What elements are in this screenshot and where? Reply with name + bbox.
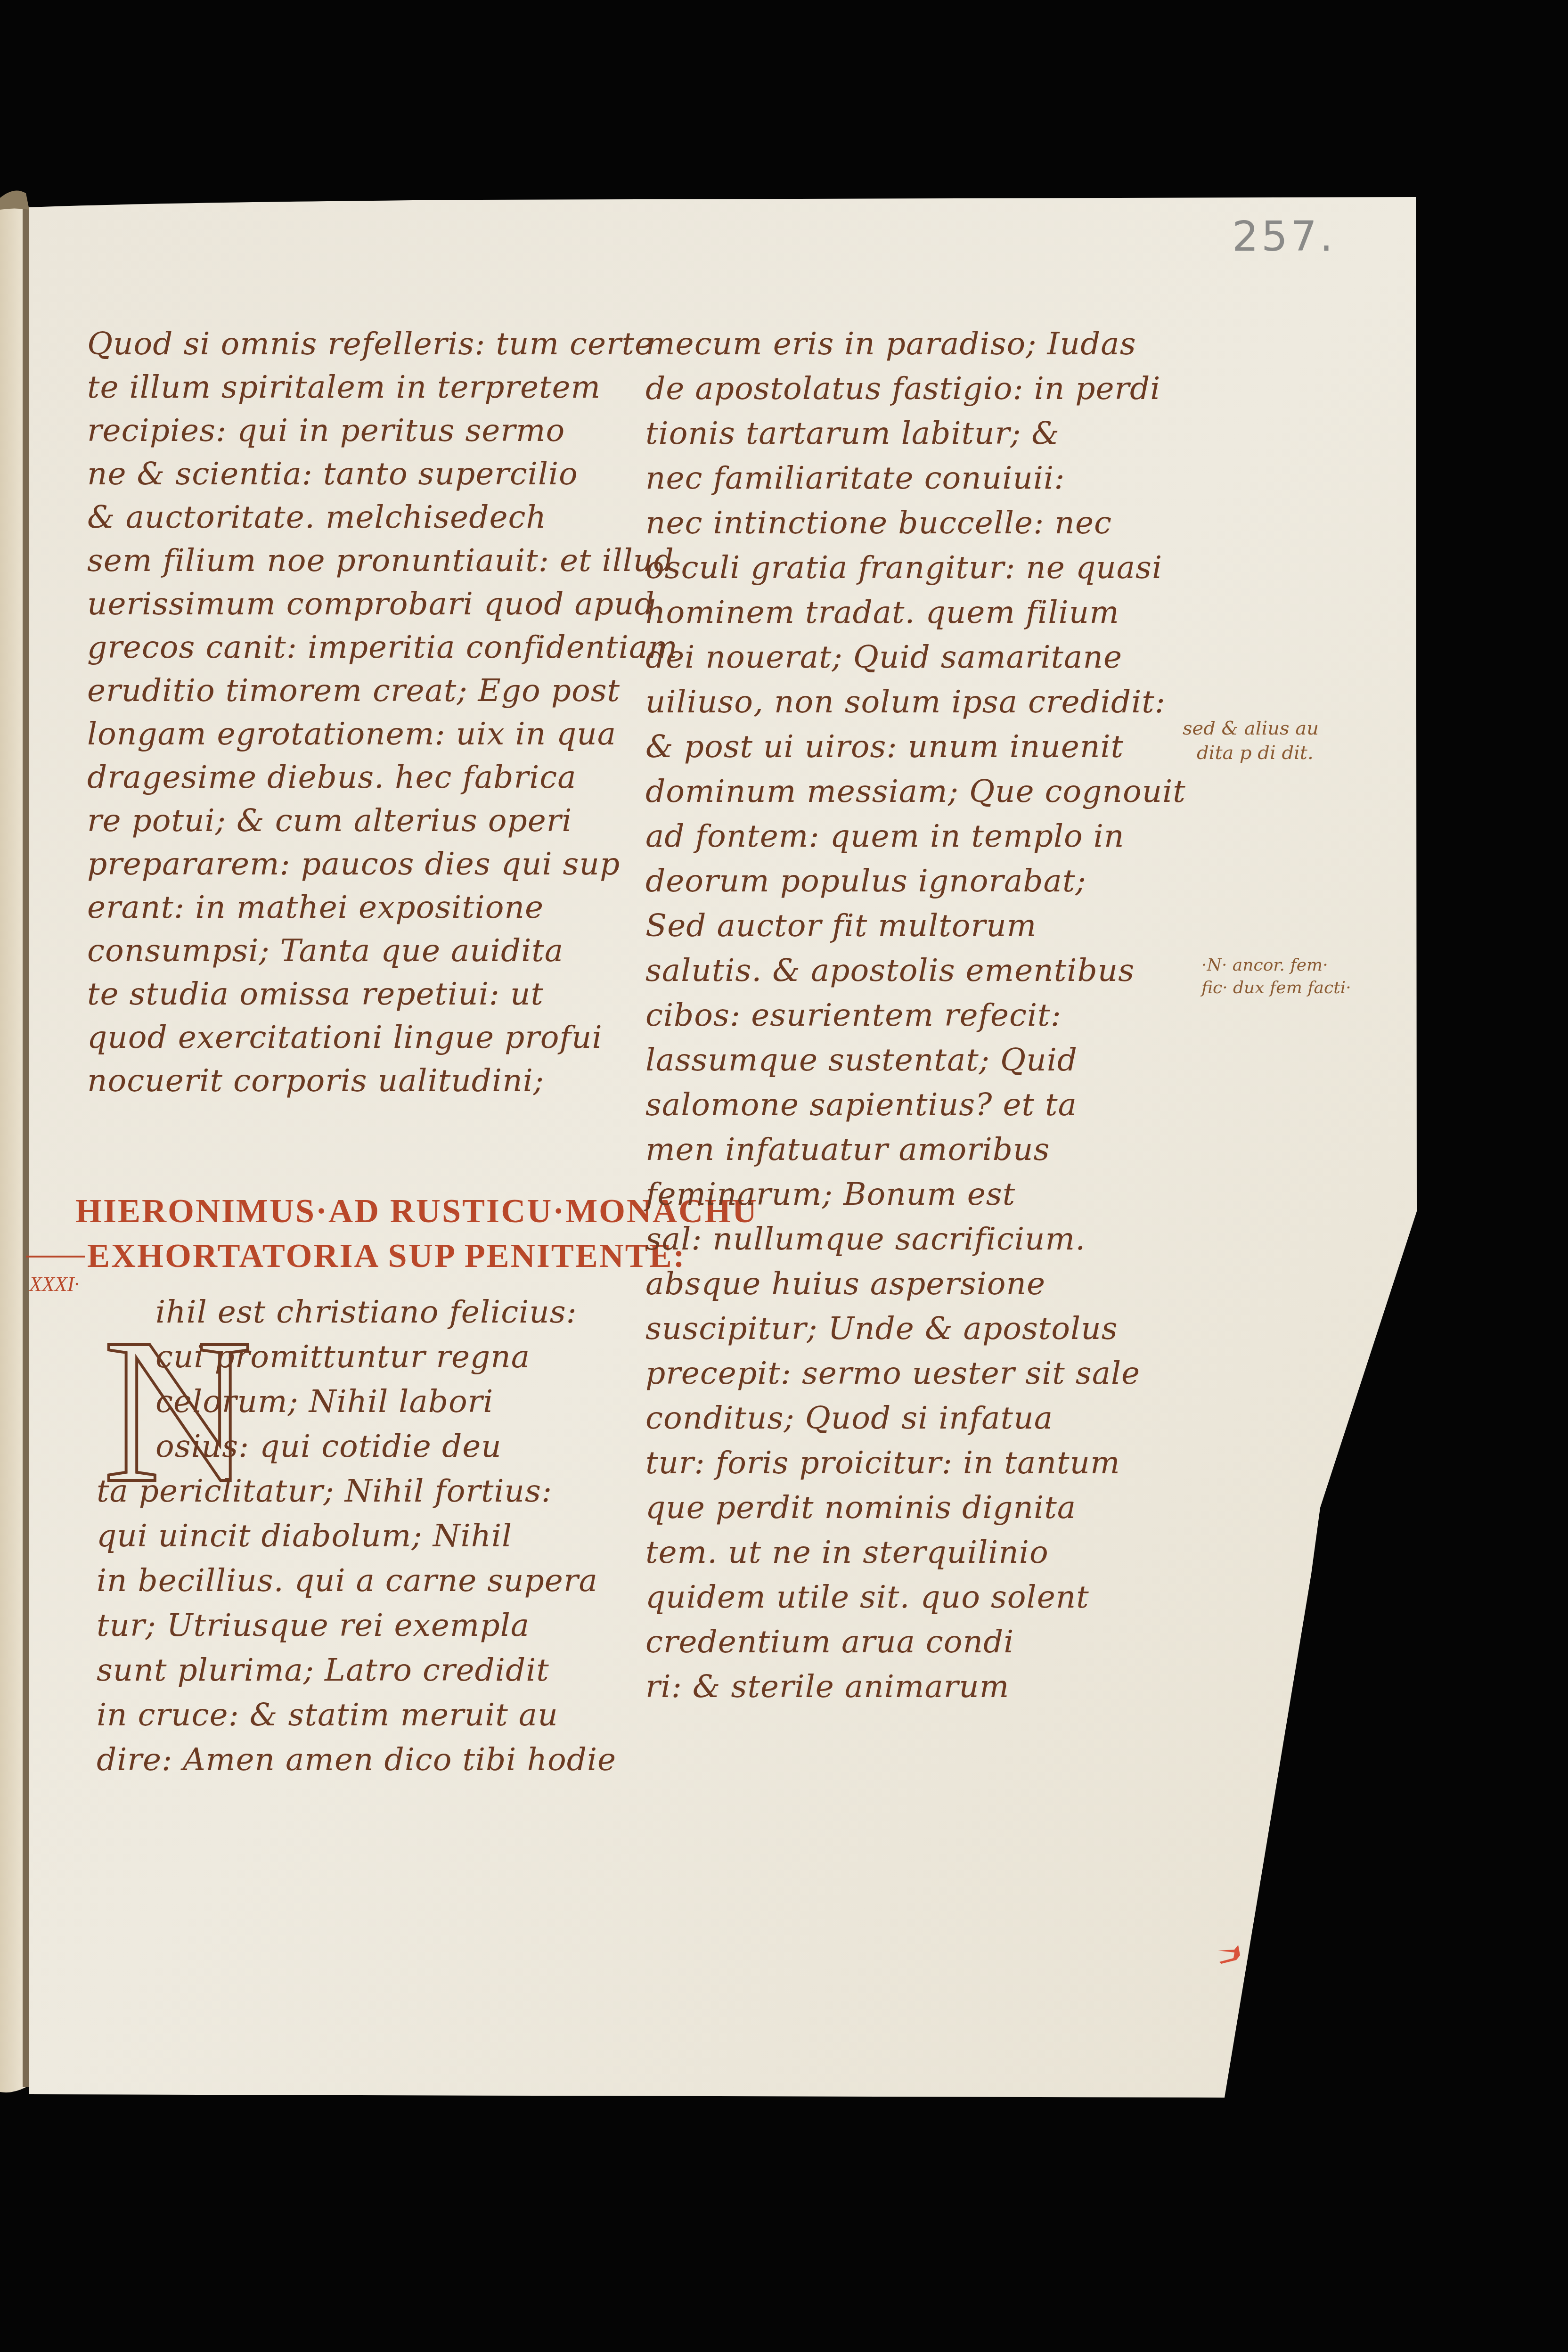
rubric-title-line-2: EXHORTATORIA SUP PENITENTE: [87, 1237, 686, 1274]
text-line: ihil est christiano felicius: [155, 1293, 577, 1331]
marginal-note-line: ·N· ancor. fem· [1201, 954, 1351, 977]
text-line: erant: in mathei expositione [87, 889, 544, 926]
text-line: precepit: sermo uester sit sale [645, 1355, 1140, 1392]
text-line: salomone sapientius? et ta [645, 1086, 1077, 1124]
text-line: longam egrotationem: uix in qua [87, 715, 616, 753]
text-line: conditus; Quod si infatua [645, 1399, 1053, 1437]
red-ink-mark [1216, 1941, 1244, 1969]
text-line: sunt plurima; Latro credidit [97, 1651, 549, 1689]
text-line: Sed auctor fit multorum [645, 907, 1037, 945]
text-line: que perdit nominis dignita [645, 1489, 1076, 1527]
text-line: celorum; Nihil labori [155, 1383, 493, 1421]
text-line: consumpsi; Tanta que auidita [87, 932, 563, 970]
text-line: dragesime diebus. hec fabrica [87, 759, 577, 796]
text-line: cibos: esurientem refecit: [645, 996, 1062, 1034]
text-line: tem. ut ne in sterquilinio [645, 1534, 1049, 1571]
text-line: ta periclitatur; Nihil fortius: [97, 1472, 552, 1510]
text-line: quod exercitationi lingue profui [87, 1019, 603, 1056]
text-line: te studia omissa repetiui: ut [87, 975, 544, 1013]
text-line: nec intinctione buccelle: nec [645, 504, 1112, 542]
text-line: nocuerit corporis ualitudini; [87, 1062, 544, 1100]
text-line: sal: nullumque sacrificium. [645, 1220, 1086, 1258]
text-line: tionis tartarum labitur; & [645, 415, 1060, 452]
text-line: te illum spiritalem in terpretem [87, 368, 601, 406]
text-line: credentium arua condi [645, 1623, 1014, 1661]
text-line: in becillius. qui a carne supera [97, 1562, 598, 1600]
marginal-note-line: sed & alius au [1183, 716, 1319, 741]
text-line: ne & scientia: tanto supercilio [87, 455, 578, 493]
text-line: tur: foris proicitur: in tantum [645, 1444, 1120, 1482]
rubric-rule [26, 1256, 85, 1258]
text-line: uiliuso, non solum ipsa credidit: [645, 683, 1166, 721]
text-line: & auctoritate. melchisedech [87, 498, 547, 536]
text-line: grecos canit: imperitia confidentiam [87, 629, 678, 666]
text-line: salutis. & apostolis ementibus [645, 952, 1135, 989]
marginal-note-line: fic· dux fem facti· [1201, 977, 1351, 999]
marginal-note: sed & alius au dita p di dit. [1183, 716, 1319, 765]
text-line: de apostolatus fastigio: in perdi [645, 370, 1160, 408]
text-line: deorum populus ignorabat; [645, 862, 1086, 900]
text-line: prepararem: paucos dies qui sup [87, 845, 620, 883]
text-line: men infatuatur amoribus [645, 1131, 1050, 1168]
text-line: qui uincit diabolum; Nihil [97, 1517, 512, 1555]
text-line: Quod si omnis refelleris: tum certe [87, 325, 653, 363]
chapter-number: XXXI· [29, 1272, 79, 1296]
text-line: ri: & sterile animarum [645, 1668, 1009, 1706]
text-line: dei nouerat; Quid samaritane [645, 638, 1122, 676]
text-line: nec familiaritate conuiuii: [645, 459, 1065, 497]
text-line: dominum messiam; Que cognouit [645, 773, 1186, 810]
text-line: in cruce: & statim meruit au [97, 1696, 558, 1734]
text-line: dire: Amen amen dico tibi hodie [97, 1741, 616, 1779]
text-line: ad fontem: quem in templo in [645, 817, 1124, 855]
text-line: osculi gratia frangitur: ne quasi [645, 549, 1162, 587]
text-line: cui promittuntur regna [155, 1338, 530, 1376]
marginal-note: ·N· ancor. fem· fic· dux fem facti· [1201, 954, 1351, 999]
text-line: sem filium noe pronuntiauit: et illud [87, 542, 674, 580]
text-line: tur; Utriusque rei exempla [97, 1607, 530, 1644]
text-line: quidem utile sit. quo solent [645, 1578, 1089, 1616]
text-line: recipies: qui in peritus sermo [87, 412, 565, 449]
text-line: re potui; & cum alterius operi [87, 802, 572, 840]
text-line: absque huius aspersione [645, 1265, 1045, 1303]
folio-number: 257. [1232, 212, 1336, 261]
text-line: eruditio timorem creat; Ego post [87, 672, 620, 710]
text-line: mecum eris in paradiso; Iudas [645, 325, 1136, 363]
text-line: suscipitur; Unde & apostolus [645, 1310, 1118, 1347]
marginal-note-line: dita p di dit. [1183, 741, 1319, 765]
text-line: lassumque sustentat; Quid [645, 1041, 1078, 1079]
text-line: & post ui uiros: unum inuenit [645, 728, 1124, 766]
text-line: hominem tradat. quem filium [645, 594, 1119, 631]
text-line: feminarum; Bonum est [645, 1176, 1015, 1213]
text-line: osius: qui cotidie deu [155, 1428, 502, 1465]
text-line: uerissimum comprobari quod apud [87, 585, 655, 623]
